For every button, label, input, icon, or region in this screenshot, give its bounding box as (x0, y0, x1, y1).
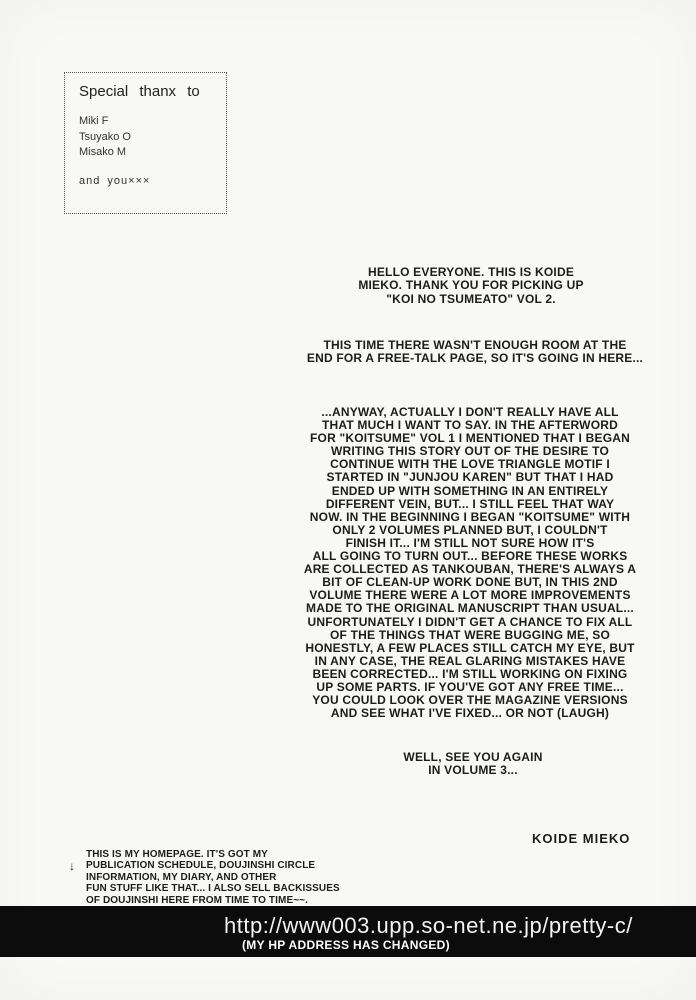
greeting-paragraph: HELLO EVERYONE. THIS IS KOIDE MIEKO. THA… (291, 266, 651, 306)
url-changed-note: (MY HP ADDRESS HAS CHANGED) (242, 938, 450, 952)
closing-paragraph: WELL, SEE YOU AGAIN IN VOLUME 3... (293, 751, 653, 778)
homepage-note: THIS IS MY HOMEPAGE. IT'S GOT MY PUBLICA… (86, 849, 371, 906)
freetalk-paragraph: THIS TIME THERE WASN'T ENOUGH ROOM AT TH… (285, 339, 665, 366)
url-bar: http://www003.upp.so-net.ne.jp/pretty-c/… (0, 906, 696, 957)
homepage-url: http://www003.upp.so-net.ne.jp/pretty-c/ (224, 913, 633, 939)
main-paragraph: ...ANYWAY, ACTUALLY I DON'T REALLY HAVE … (288, 406, 652, 720)
special-thanks-title: Special thanx to (79, 83, 226, 100)
author-signature: KOIDE MIEKO (532, 831, 630, 846)
special-thanks-box: Special thanx to Miki F Tsuyako O Misako… (64, 72, 227, 214)
special-thanks-footer: and you××× (79, 175, 226, 187)
afterword-page: Special thanx to Miki F Tsuyako O Misako… (0, 0, 696, 1000)
special-thanks-names: Miki F Tsuyako O Misako M (79, 114, 226, 161)
down-arrow-icon: ↓ (69, 859, 75, 873)
